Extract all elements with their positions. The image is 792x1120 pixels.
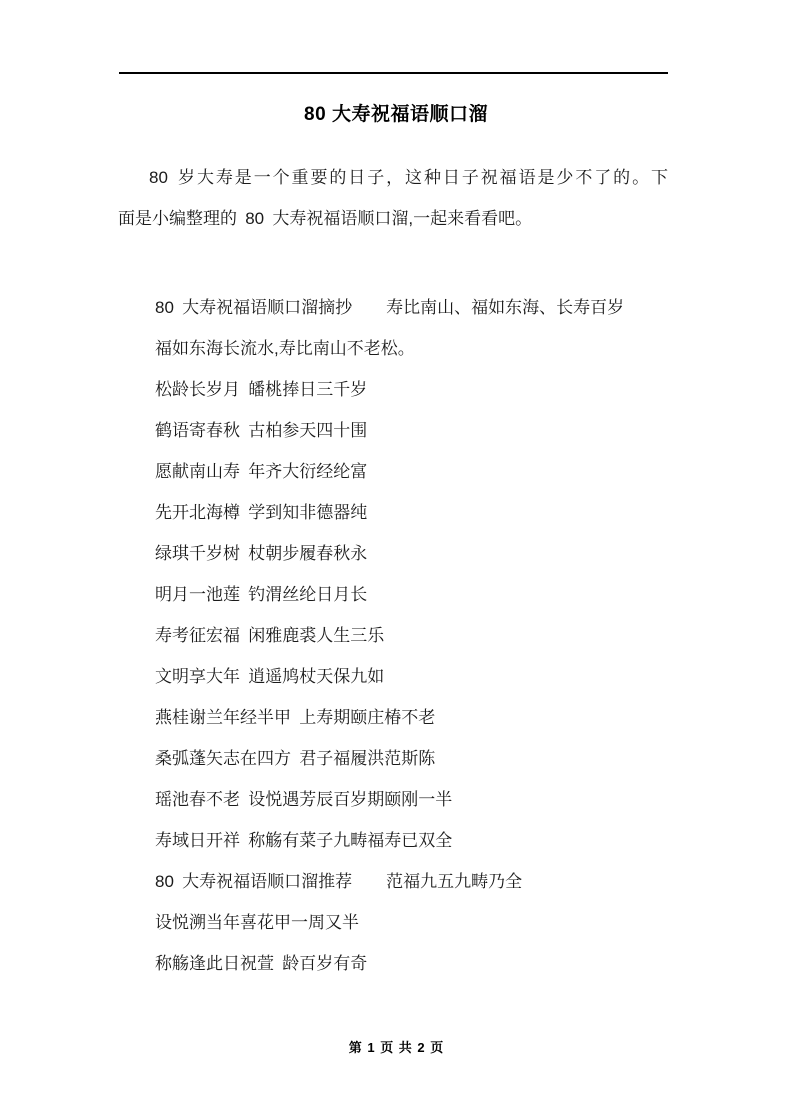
intro-line: 面是小编整理的 80 大寿祝福语顺口溜,一起来看看吧。 [118, 198, 668, 239]
poem-line: 先开北海樽 学到知非德器纯 [155, 492, 675, 533]
poem-line: 明月一池莲 钓渭丝纶日月长 [155, 574, 675, 615]
poem-line: 80 大寿祝福语顺口溜推荐 范福九五九畴乃全 [155, 861, 675, 902]
poem-line: 燕桂谢兰年经半甲 上寿期颐庄椿不老 [155, 697, 675, 738]
poem-line: 鹤语寄春秋 古柏参天四十围 [155, 410, 675, 451]
intro-paragraph: 80 岁大寿是一个重要的日子，这种日子祝福语是少不了的。下 面是小编整理的 80… [118, 157, 668, 239]
poem-line: 寿考征宏福 闲雅鹿裘人生三乐 [155, 615, 675, 656]
page-title: 80 大寿祝福语顺口溜 [0, 101, 792, 129]
poem-line: 绿琪千岁树 杖朝步履春秋永 [155, 533, 675, 574]
poem-line: 设悦溯当年喜花甲一周又半 [155, 902, 675, 943]
poem-line: 愿献南山寿 年齐大衍经纶富 [155, 451, 675, 492]
header-rule [119, 72, 668, 74]
poem-line: 桑弧蓬矢志在四方 君子福履洪范斯陈 [155, 738, 675, 779]
poem-line: 文明享大年 逍遥鸠杖天保九如 [155, 656, 675, 697]
poem-line: 寿域日开祥 称觞有菜子九畴福寿已双全 [155, 820, 675, 861]
document-page: 80 大寿祝福语顺口溜 80 岁大寿是一个重要的日子，这种日子祝福语是少不了的。… [0, 0, 792, 1120]
poem-line: 松龄长岁月 皤桃捧日三千岁 [155, 369, 675, 410]
poem-body: 80 大寿祝福语顺口溜摘抄 寿比南山、福如东海、长寿百岁 福如东海长流水,寿比南… [155, 287, 675, 984]
poem-line: 称觞逢此日祝萱 龄百岁有奇 [155, 943, 675, 984]
poem-line: 福如东海长流水,寿比南山不老松。 [155, 328, 675, 369]
intro-line: 80 岁大寿是一个重要的日子，这种日子祝福语是少不了的。下 [118, 157, 668, 198]
poem-line: 80 大寿祝福语顺口溜摘抄 寿比南山、福如东海、长寿百岁 [155, 287, 675, 328]
poem-line: 瑶池春不老 设悦遇芳辰百岁期颐刚一半 [155, 779, 675, 820]
page-number-footer: 第 1 页 共 2 页 [0, 1040, 792, 1056]
